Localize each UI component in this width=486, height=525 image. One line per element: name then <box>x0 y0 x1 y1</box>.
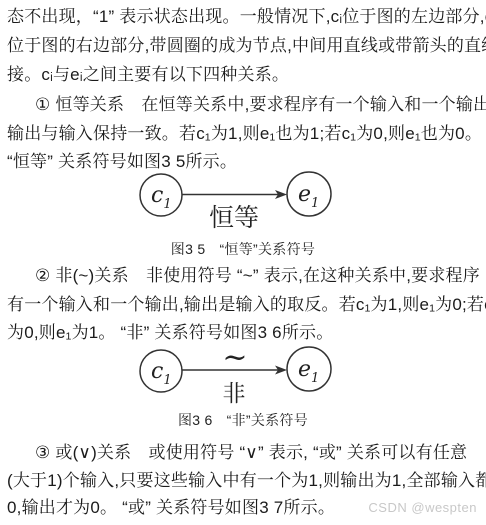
text-line: 有一个输入和一个输出,输出是输入的取反。若c₁为1,则e₁为0;若c₁ <box>7 294 486 315</box>
figure-caption: 图3 5“恒等”关系符号 <box>0 239 486 259</box>
figure-title: “非”关系符号 <box>213 412 308 428</box>
not-relation-diagram: c1 e1 ~ 非 <box>128 340 362 408</box>
text-line: 输出与输入保持一致。若c₁为1,则e₁也为1;若c₁为0,则e₁也为0。 <box>7 123 482 144</box>
text-line: ① 恒等关系 在恒等关系中,要求程序有一个输入和一个输出, <box>7 94 486 115</box>
text-line: ③ 或(∨)关系 或使用符号 “∨” 表示, “或” 关系可以有任意 <box>7 442 467 463</box>
text-line: (大于1)个输入,只要这些输入中有一个为1,则输出为1,全部输入都是 <box>7 470 486 491</box>
not-symbol: ~ <box>222 340 247 375</box>
text-line: 0,输出才为0。 “或” 关系符号如图3 7所示。 <box>7 497 335 518</box>
document-page: 态不出现，“1” 表示状态出现。一般情况下,cᵢ位于图的左边部分,eᵢ 位于图的… <box>0 0 486 525</box>
text-line: ② 非(~)关系 非使用符号 “~” 表示,在这种关系中,要求程序 <box>7 265 480 286</box>
relation-label: 非 <box>223 381 246 407</box>
effect-node-label: e1 <box>298 357 319 386</box>
csdn-watermark: CSDN @wespten <box>368 500 477 515</box>
relation-label: 恒等 <box>209 203 259 232</box>
effect-node-label: e1 <box>298 182 319 211</box>
figure-title: “恒等”关系符号 <box>205 241 315 257</box>
figure-number: 图3 6 <box>178 412 213 428</box>
text-line: 接。cᵢ与eᵢ之间主要有以下四种关系。 <box>7 64 289 85</box>
identity-relation-diagram: c1 e1 恒等 <box>128 163 362 235</box>
figure-caption: 图3 6“非”关系符号 <box>0 410 486 430</box>
figure-number: 图3 5 <box>171 241 206 257</box>
text-line: 位于图的右边部分,带圆圈的成为节点,中间用直线或带箭头的直线连 <box>7 35 486 56</box>
cause-node-label: c1 <box>151 359 172 388</box>
cause-node-label: c1 <box>151 183 172 212</box>
text-line: 态不出现，“1” 表示状态出现。一般情况下,cᵢ位于图的左边部分,eᵢ <box>7 6 486 27</box>
